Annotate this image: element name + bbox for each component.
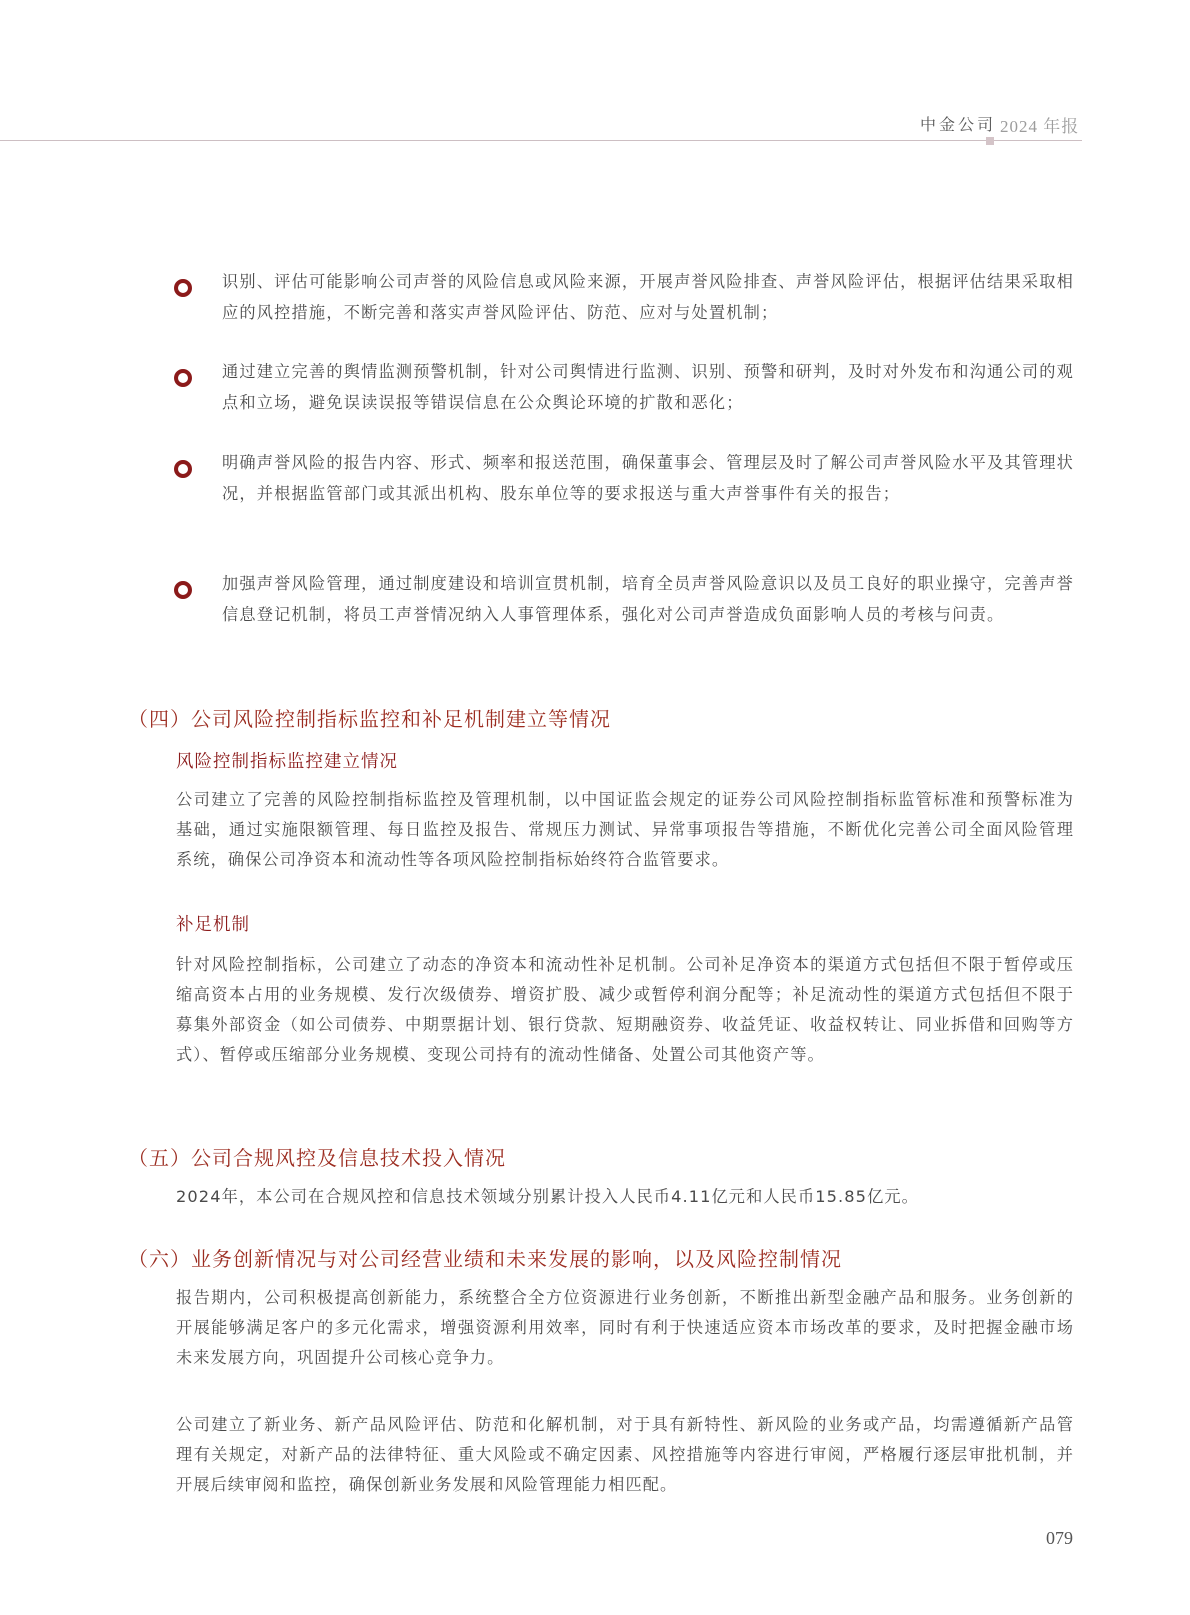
ring-bullet-icon: [174, 581, 192, 599]
header-marker-icon: [986, 137, 994, 145]
ring-bullet-icon: [174, 460, 192, 478]
section-heading-5: （五）公司合规风控及信息技术投入情况: [128, 1142, 506, 1171]
ring-bullet-icon: [174, 369, 192, 387]
page-number: 079: [1046, 1528, 1073, 1549]
bullet-item: 识别、评估可能影响公司声誉的风险信息或风险来源，开展声誉风险排查、声誉风险评估，…: [222, 266, 1074, 328]
bullet-item: 加强声誉风险管理，通过制度建设和培训宣贯机制，培育全员声誉风险意识以及员工良好的…: [222, 568, 1074, 630]
ring-bullet-icon: [174, 279, 192, 297]
section-heading-6: （六）业务创新情况与对公司经营业绩和未来发展的影响，以及风险控制情况: [128, 1243, 842, 1272]
paragraph-investment: 2024年，本公司在合规风控和信息技术领域分别累计投入人民币4.11亿元和人民币…: [176, 1182, 1074, 1212]
header-divider: [0, 140, 1082, 141]
header-report-title: 2024 年报: [1000, 112, 1079, 137]
bullet-item: 明确声誉风险的报告内容、形式、频率和报送范围，确保董事会、管理层及时了解公司声誉…: [222, 447, 1074, 509]
paragraph-new-product-risk: 公司建立了新业务、新产品风险评估、防范和化解机制，对于具有新特性、新风险的业务或…: [176, 1410, 1074, 1500]
section-heading-4: （四）公司风险控制指标监控和补足机制建立等情况: [128, 703, 611, 732]
subheading-replenishment: 补足机制: [176, 911, 250, 936]
paragraph-risk-monitoring: 公司建立了完善的风险控制指标监控及管理机制，以中国证监会规定的证券公司风险控制指…: [176, 785, 1074, 875]
paragraph-replenishment: 针对风险控制指标，公司建立了动态的净资本和流动性补足机制。公司补足净资本的渠道方…: [176, 950, 1074, 1070]
bullet-item: 通过建立完善的舆情监测预警机制，针对公司舆情进行监测、识别、预警和研判，及时对外…: [222, 356, 1074, 418]
paragraph-innovation: 报告期内，公司积极提高创新能力，系统整合全方位资源进行业务创新，不断推出新型金融…: [176, 1283, 1074, 1373]
header-company-name: 中金公司: [920, 112, 996, 135]
subheading-risk-monitoring: 风险控制指标监控建立情况: [176, 748, 398, 773]
